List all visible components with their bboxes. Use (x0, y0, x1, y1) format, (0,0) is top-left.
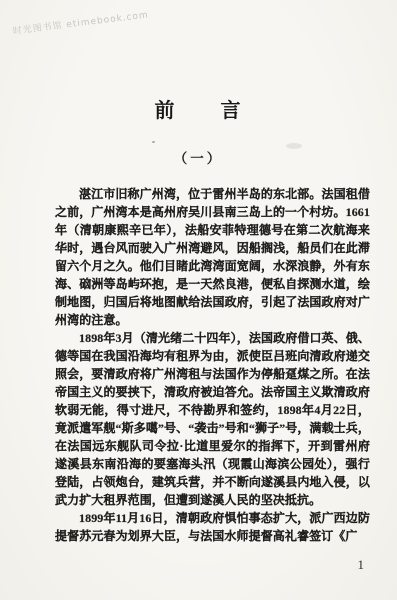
library-watermark: 时光图书馆 etimebook.com (12, 7, 149, 37)
paragraph: 1898年3月（清光绪二十四年），法国政府借口英、俄、德等国在我国沿海均有租界为… (55, 329, 370, 509)
scan-speck (152, 141, 155, 143)
page-number: 1 (358, 557, 365, 573)
scan-smudge (286, 143, 302, 149)
body-text: 湛江市旧称广州湾，位于雷州半岛的东北部。法国租借之前，广州湾本是高州府吴川县南三… (55, 185, 370, 545)
page-title: 前 言 (0, 94, 397, 123)
paragraph: 湛江市旧称广州湾，位于雷州半岛的东北部。法国租借之前，广州湾本是高州府吴川县南三… (55, 185, 370, 329)
paragraph: 1899年11月16日，清朝政府惧怕事态扩大，派广西边防提督苏元春为划界大臣，与… (55, 509, 370, 545)
book-page: 时光图书馆 etimebook.com 前 言 （一） 湛江市旧称广州湾，位于雷… (0, 0, 397, 600)
section-heading: （一） (0, 147, 397, 167)
